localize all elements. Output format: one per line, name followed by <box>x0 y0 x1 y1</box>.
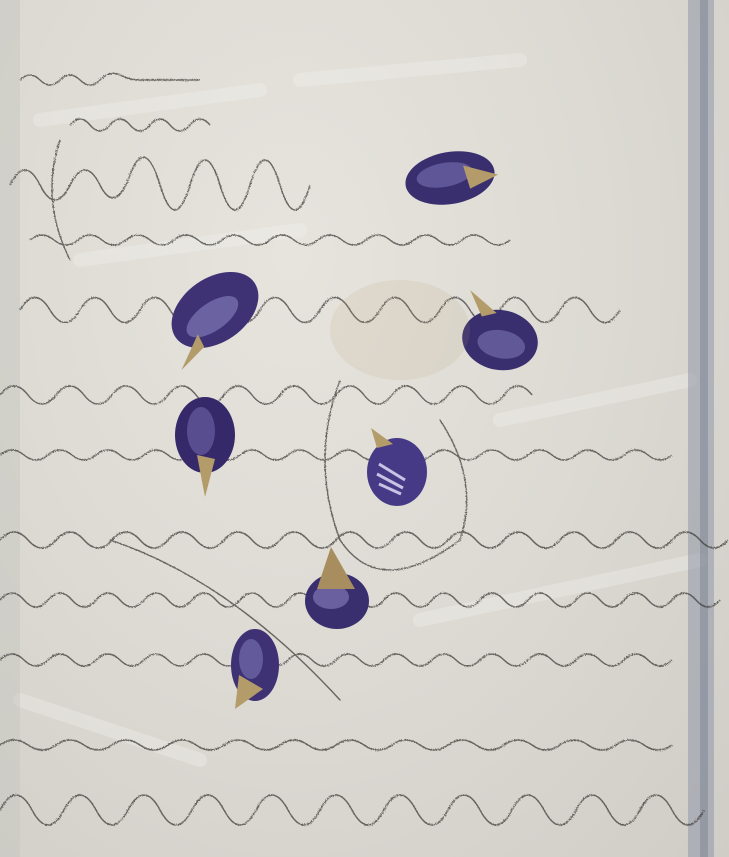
petal <box>457 290 545 376</box>
petal <box>305 547 369 629</box>
petal <box>231 629 279 709</box>
painting-artwork <box>0 0 729 857</box>
petal <box>367 428 427 506</box>
petal <box>175 397 235 497</box>
handwriting-scribbles <box>0 73 728 825</box>
violet-petals <box>146 144 545 709</box>
paint-stain <box>330 280 470 380</box>
painting-canvas <box>0 0 729 857</box>
petal <box>146 256 273 372</box>
petal <box>401 144 502 211</box>
brush-texture <box>20 60 700 760</box>
